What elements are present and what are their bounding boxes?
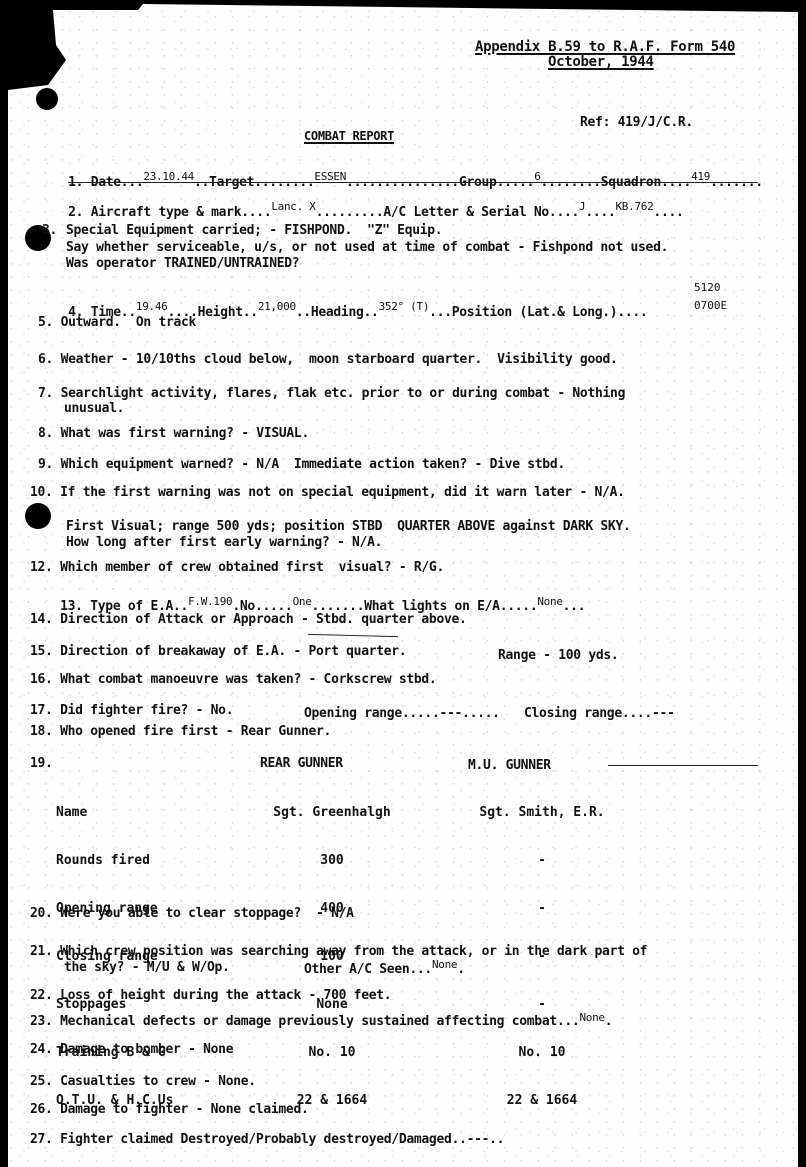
item-15: 15. Direction of breakaway of E.A. - Por…	[30, 644, 406, 659]
item-5: 5. Outward. On track	[38, 315, 196, 330]
ea-type-value: F.W.190	[188, 595, 232, 608]
serial-value: KB.762	[615, 200, 653, 213]
gunner-table: Name Rounds fired Opening range Closing …	[56, 773, 756, 893]
table-row-label: Rounds fired	[56, 853, 173, 869]
item-11-line-1: First Visual; range 500 yds; position ST…	[66, 519, 631, 534]
item-20: 20. Were you able to clear stoppage? - N…	[30, 906, 354, 921]
table-cell: Sgt. Greenhalgh	[252, 805, 412, 821]
appendix-heading: Appendix B.59 to R.A.F. Form 540	[475, 40, 735, 55]
reference-number: Ref: 419/J/C.R.	[580, 115, 693, 130]
item-23: 23. Mechanical defects or damage previou…	[30, 1014, 612, 1029]
item-21-other-ac: Other A/C Seen...None.	[304, 962, 465, 977]
item-7: 7. Searchlight activity, flares, flak et…	[38, 386, 625, 401]
item-6: 6. Weather - 10/10ths cloud below, moon …	[38, 352, 618, 367]
item-10: 10. If the first warning was not on spec…	[30, 485, 625, 500]
item-17-closing-range: Closing range....---	[524, 706, 675, 721]
document-title: COMBAT REPORT	[304, 129, 394, 144]
ac-letter-value: J	[579, 200, 585, 213]
scanned-page: Appendix B.59 to R.A.F. Form 540 October…	[8, 0, 798, 1167]
mu-gunner-heading: M.U. GUNNER	[468, 758, 551, 773]
rear-gunner-heading: REAR GUNNER	[260, 756, 343, 771]
item-18: 18. Who opened fire first - Rear Gunner.	[30, 724, 331, 739]
rule-line	[608, 765, 758, 766]
item-27: 27. Fighter claimed Destroyed/Probably d…	[30, 1132, 504, 1147]
height-value: 21,000	[258, 300, 296, 313]
table-cell: 22 & 1664	[462, 1093, 622, 1109]
item-7-line-2: unusual.	[64, 401, 124, 416]
longitude-value: 0700E	[694, 299, 727, 312]
item-12: 12. Which member of crew obtained first …	[30, 560, 444, 575]
item-21-line-2: the sky? - M/U & W/Op.	[64, 960, 230, 975]
item-14: 14. Direction of Attack or Approach - St…	[30, 612, 467, 627]
punch-hole-top	[36, 88, 58, 110]
item-3-line-1: Special Equipment carried; - FISHPOND. "…	[66, 223, 442, 238]
item-21: 21. Which crew position was searching aw…	[30, 944, 647, 959]
item-16: 16. What combat manoeuvre was taken? - C…	[30, 672, 436, 687]
item-17: 17. Did fighter fire? - No.	[30, 703, 233, 718]
item-24: 24. Damage to bomber - None	[30, 1042, 233, 1057]
latitude-value: 5120	[694, 281, 721, 294]
item-3-number: 3.	[42, 223, 57, 238]
ea-lights-value: None	[537, 595, 562, 608]
time-value: 19.46	[136, 300, 168, 313]
scan-border-right	[798, 40, 806, 1167]
item-9: 9. Which equipment warned? - N/A Immedia…	[38, 457, 565, 472]
table-cell: -	[462, 901, 622, 917]
report-month: October, 1944	[548, 55, 654, 70]
item-3-line-2: Say whether serviceable, u/s, or not use…	[66, 240, 668, 255]
table-cell: No. 10	[252, 1045, 412, 1061]
pencil-mark	[308, 634, 398, 637]
item-11-line-2: How long after first early warning? - N/…	[66, 535, 382, 550]
rule-line	[68, 182, 758, 183]
item-22: 22. Loss of height during the attack - 7…	[30, 988, 391, 1003]
aircraft-type-value: Lanc. X	[271, 200, 315, 213]
defects-value: None	[579, 1011, 604, 1024]
table-cell: No. 10	[462, 1045, 622, 1061]
item-17-opening-range: Opening range.....---.....	[304, 706, 500, 721]
table-cell: Sgt. Smith, E.R.	[462, 805, 622, 821]
item-19-number: 19.	[30, 756, 53, 771]
other-ac-value: None	[432, 958, 457, 971]
punch-hole-2	[25, 503, 51, 529]
item-8: 8. What was first warning? - VISUAL.	[38, 426, 309, 441]
item-25: 25. Casualties to crew - None.	[30, 1074, 256, 1089]
item-26: 26. Damage to fighter - None claimed.	[30, 1102, 309, 1117]
heading-value: 352° (T)	[379, 300, 430, 313]
table-cell: 300	[252, 853, 412, 869]
item-3-line-3: Was operator TRAINED/UNTRAINED?	[66, 256, 299, 271]
ea-number-value: One	[293, 595, 312, 608]
item-15-range: Range - 100 yds.	[498, 648, 618, 663]
table-row-label: Name	[56, 805, 173, 821]
table-cell: -	[462, 853, 622, 869]
